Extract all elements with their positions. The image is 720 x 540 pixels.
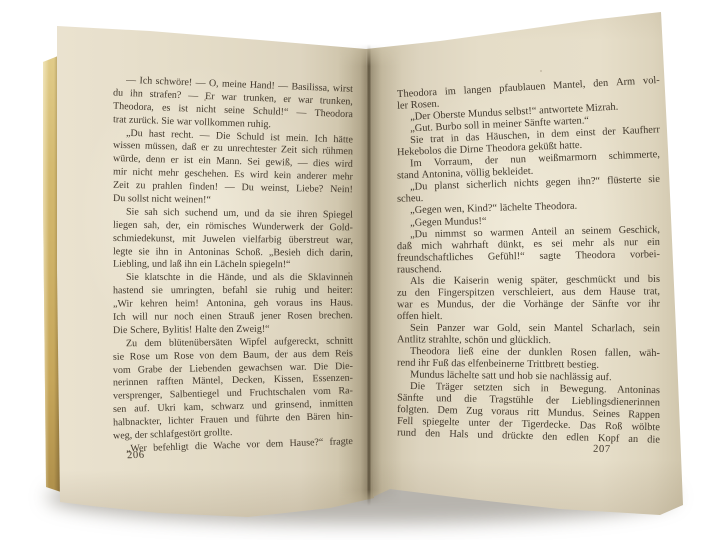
text-line: SeinPanzerwarGold,seinMantelScharlach,se… <box>397 323 660 336</box>
page-text-right: TheodoraimlangenpfaublauenMantel,denArmv… <box>397 82 660 443</box>
page-number-right: 207 <box>593 444 611 455</box>
page-text-left: —Ichschwöre!—O,meineHand!—Basilissa,wirs… <box>113 79 353 453</box>
text-line: SieklatschteindieHände,undalsdieSklavinn… <box>113 272 353 285</box>
text-line: schmiedekunst,mitJuwelenvielfarbigüberst… <box>113 233 353 248</box>
text-line: Liebling,undlaßihneinLächelnspiegeln!“ <box>113 259 353 273</box>
paper-speck <box>616 179 619 181</box>
book-photo: —Ichschwöre!—O,meineHand!—Basilissa,wirs… <box>0 0 720 540</box>
paper-speck <box>348 272 350 274</box>
text-line: offenhielt. <box>397 311 660 323</box>
text-line: waresMundus,derdieVorhängederSänftevorih… <box>397 298 660 311</box>
text-line: hastendsieumringten,befahlsieruhigundhei… <box>113 285 353 298</box>
page-number-left: 206 <box>127 450 145 462</box>
book-gutter-shadow <box>338 44 402 506</box>
text-line: zudenFingerspitzenverschleiert,ausdemHau… <box>397 286 660 300</box>
paper-speck <box>540 70 542 72</box>
paper-speck <box>204 99 206 101</box>
